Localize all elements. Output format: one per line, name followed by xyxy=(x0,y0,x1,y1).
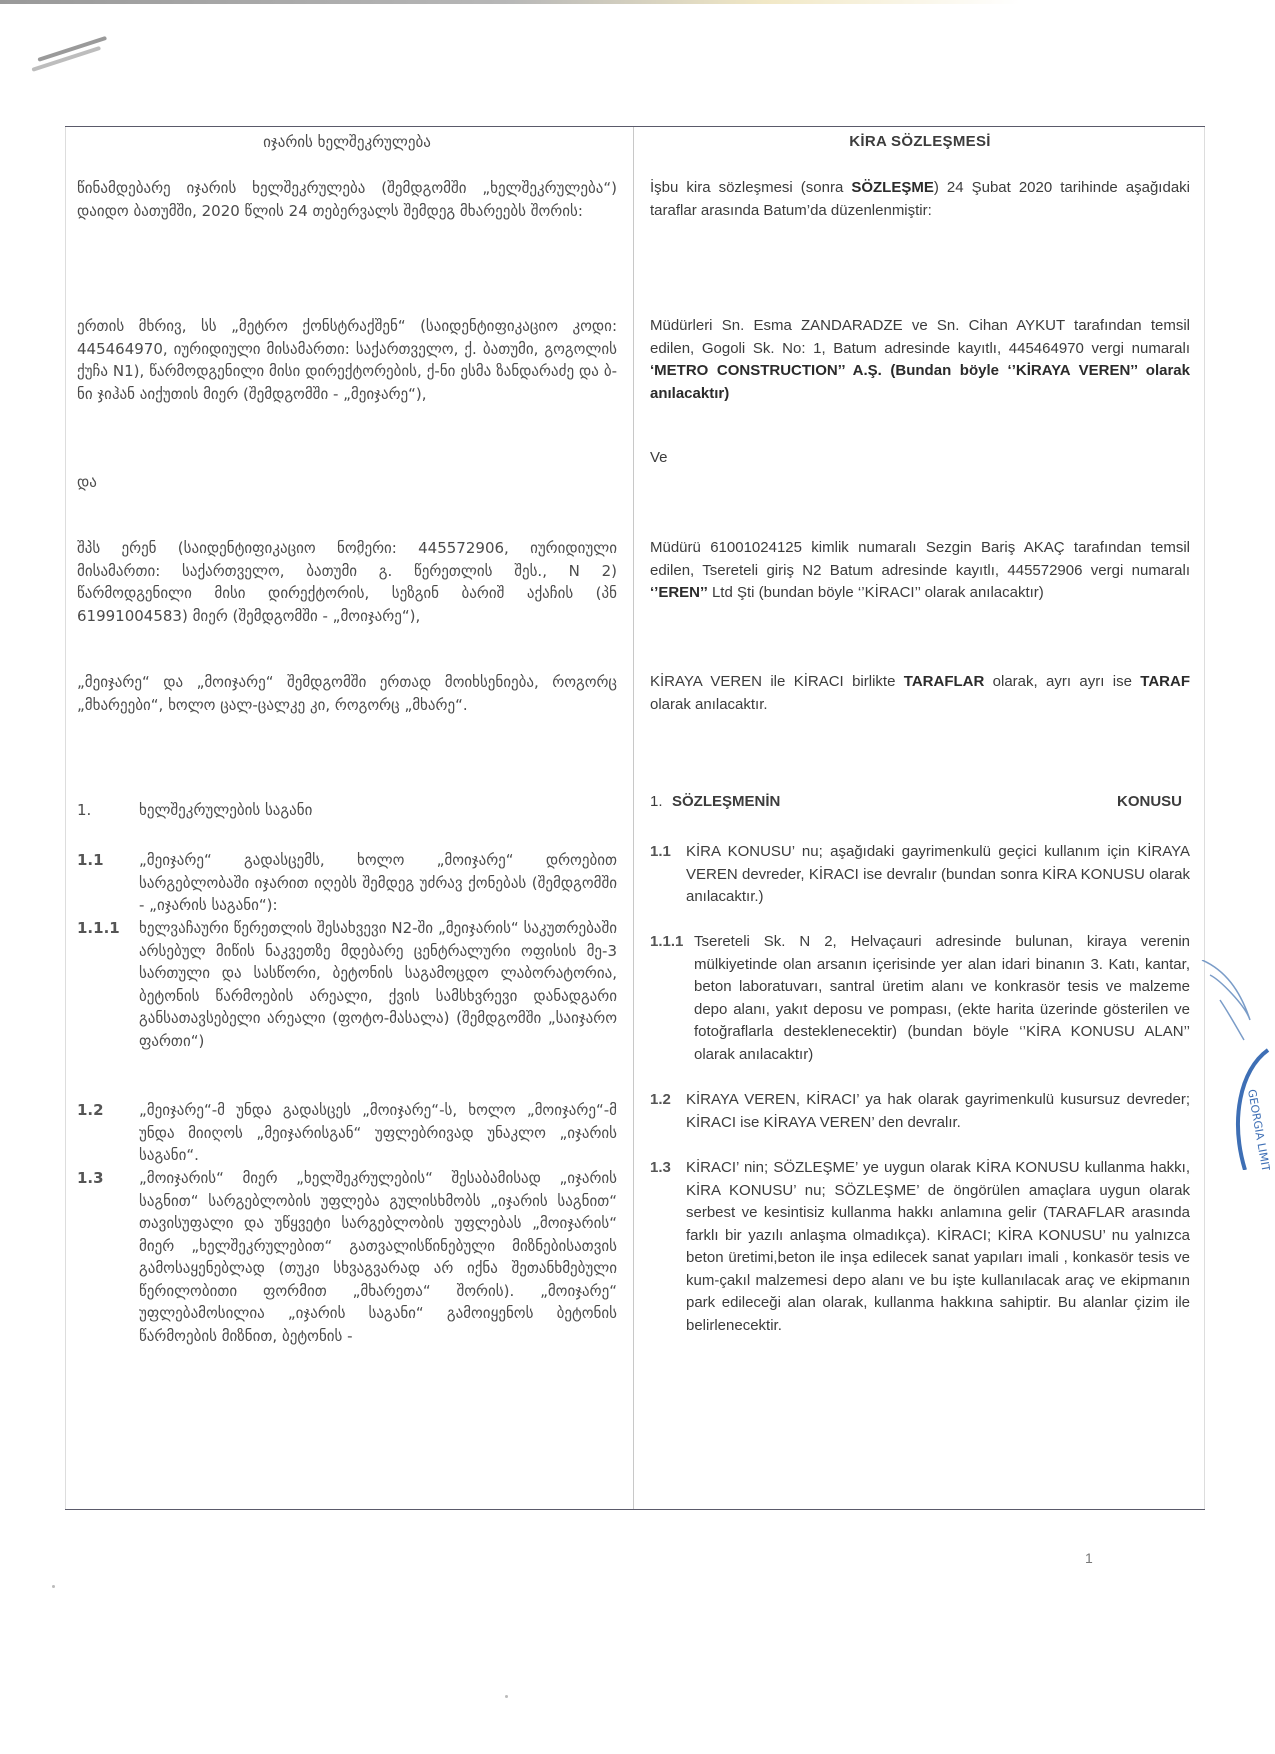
bilingual-contract-table: იჯარის ხელშეკრულება წინამდებარე იჯარის ხ… xyxy=(65,126,1205,1510)
item-number: 1.3 xyxy=(650,1157,671,1180)
item-number: 1.3 xyxy=(77,1167,104,1190)
turkish-parties-definition: KİRAYA VEREN ile KİRACI birlikte TARAFLA… xyxy=(650,671,1190,716)
signature-and-stamp-icon: GEORGIA LIMITED xyxy=(1200,960,1270,1170)
item-number: 1.1 xyxy=(77,849,104,872)
georgian-parties-definition: „მეიჯარე“ და „მოიჯარე“ შემდგომში ერთად მ… xyxy=(77,671,617,716)
page-number: 1 xyxy=(1085,1550,1093,1566)
item-text: KİRA KONUSU’ nu; aşağıdaki gayrimenkulü … xyxy=(650,841,1190,909)
turkish-and: Ve xyxy=(650,447,1190,470)
turkish-title: KİRA SÖZLEŞMESİ xyxy=(650,131,1190,154)
georgian-and: და xyxy=(77,471,617,494)
georgian-item-1-3: 1.3 „მოიჯარის“ მიერ „ხელშეკრულების“ შესა… xyxy=(77,1167,617,1347)
georgian-title: იჯარის ხელშეკრულება xyxy=(77,131,617,154)
turkish-item-1-1-1: 1.1.1 Tsereteli Sk. N 2, Helvaçauri adre… xyxy=(650,931,1190,1066)
pen-stroke-mark xyxy=(32,32,112,66)
georgian-item-1-2: 1.2 „მეიჯარე“-მ უნდა გადასცეს „მოიჯარე“-… xyxy=(77,1099,617,1167)
item-number: 1.2 xyxy=(650,1089,671,1112)
section-title: ხელშეკრულების საგანი xyxy=(139,799,312,822)
georgian-party2: შპს ერენ (საიდენტიფიკაციო ნომერი: 445572… xyxy=(77,537,617,627)
scan-speck xyxy=(358,552,361,555)
item-text: KİRAYA VEREN, KİRACI’ ya hak olarak gayr… xyxy=(650,1089,1190,1134)
table-left-border xyxy=(65,127,66,1509)
turkish-item-1-3: 1.3 KİRACI’ nin; SÖZLEŞME’ ye uygun olar… xyxy=(650,1157,1190,1337)
turkish-party2: Müdürü 61001024125 kimlik numaralı Sezgi… xyxy=(650,537,1190,605)
item-number: 1.1.1 xyxy=(650,931,683,954)
section-title-part2: KONUSU xyxy=(1117,791,1182,814)
svg-text:GEORGIA LIMITED: GEORGIA LIMITED xyxy=(1245,1088,1270,1170)
item-text: Tsereteli Sk. N 2, Helvaçauri adresinde … xyxy=(650,931,1190,1066)
georgian-party1: ერთის მხრივ, სს „მეტრო ქონსტრაქშენ“ (საი… xyxy=(77,315,617,405)
turkish-intro: İşbu kira sözleşmesi (sonra SÖZLEŞME) 24… xyxy=(650,177,1190,222)
turkish-item-1-2: 1.2 KİRAYA VEREN, KİRACI’ ya hak olarak … xyxy=(650,1089,1190,1134)
section-number: 1. xyxy=(650,791,663,814)
item-text: KİRACI’ nin; SÖZLEŞME’ ye uygun olarak K… xyxy=(650,1157,1190,1337)
turkish-party1: Müdürleri Sn. Esma ZANDARADZE ve Sn. Cih… xyxy=(650,315,1190,405)
georgian-item-1-1: 1.1 „მეიჯარე“ გადასცემს, ხოლო „მოიჯარე“ … xyxy=(77,849,617,917)
column-divider xyxy=(633,127,634,1509)
turkish-item-1-1: 1.1 KİRA KONUSU’ nu; aşağıdaki gayrimenk… xyxy=(650,841,1190,909)
item-number: 1.2 xyxy=(77,1099,104,1122)
item-number: 1.1.1 xyxy=(77,917,120,940)
item-text: ხელვაჩაური წერეთლის შესახვევი N2-ში „მეი… xyxy=(77,917,617,1052)
scan-speck xyxy=(505,1695,508,1698)
scan-edge-shadow xyxy=(0,0,1275,4)
item-text: „მეიჯარე“-მ უნდა გადასცეს „მოიჯარე“-ს, ხ… xyxy=(77,1099,617,1167)
section-number: 1. xyxy=(77,799,91,822)
scan-speck xyxy=(52,1585,55,1588)
table-right-border xyxy=(1204,127,1205,1509)
section-title-part1: SÖZLEŞMENİN xyxy=(672,791,780,814)
georgian-item-1-1-1: 1.1.1 ხელვაჩაური წერეთლის შესახვევი N2-შ… xyxy=(77,917,617,1052)
item-text: „მოიჯარის“ მიერ „ხელშეკრულების“ შესაბამი… xyxy=(77,1167,617,1347)
georgian-intro: წინამდებარე იჯარის ხელშეკრულება (შემდგომ… xyxy=(77,177,617,222)
item-number: 1.1 xyxy=(650,841,671,864)
item-text: „მეიჯარე“ გადასცემს, ხოლო „მოიჯარე“ დროე… xyxy=(77,849,617,917)
